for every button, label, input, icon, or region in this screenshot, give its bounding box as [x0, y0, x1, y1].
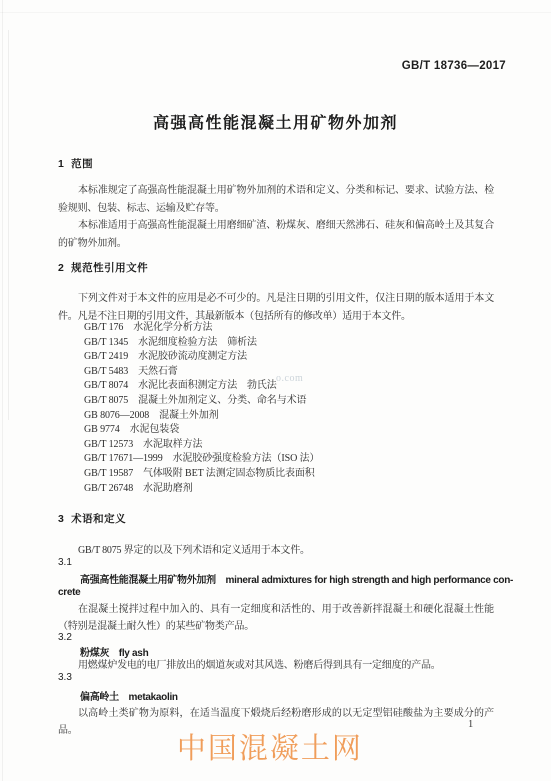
reference-item: GB/T 2419 水泥胶砂流动度测定方法: [84, 350, 514, 365]
term-title-3-3: 偏高岭土 metakaolin: [58, 688, 551, 703]
term-definition-3-2: 用燃煤炉发电的电厂排放出的烟道灰或对其风选、粉磨后得到具有一定细度的产品。: [58, 657, 494, 674]
faint-url-watermark: o.com: [276, 373, 303, 384]
reference-item: GB/T 19587 气体吸附 BET 法测定固态物质比表面积: [84, 467, 514, 482]
term-number-3-2: 3.2: [58, 632, 72, 643]
reference-item: GB 8076—2008 混凝土外加剂: [84, 409, 514, 424]
section-3-intro: GB/T 8075 界定的以及下列术语和定义适用于本文件。: [58, 542, 494, 560]
reference-item: GB/T 12573 水泥取样方法: [84, 438, 514, 453]
reference-list: GB/T 176 水泥化学分析方法 GB/T 1345 水泥细度检验方法 筛析法…: [84, 321, 514, 496]
reference-item: GB/T 1345 水泥细度检验方法 筛析法: [84, 336, 514, 351]
term-number-3-3: 3.3: [58, 672, 72, 683]
reference-item: GB/T 17671—1999 水泥胶砂强度检验方法（ISO 法）: [84, 452, 514, 467]
scan-edge-line: [0, 12, 551, 13]
document-page: GB/T 18736—2017 高强高性能混凝土用矿物外加剂 1 范围 本标准规…: [0, 0, 551, 781]
standard-code: GB/T 18736—2017: [402, 60, 506, 72]
site-watermark: 中国混凝土网: [177, 726, 363, 767]
term-title-3-1-line1: 高强高性能混凝土用矿物外加剂 mineral admixtures for hi…: [58, 571, 551, 586]
scan-edge-line: [8, 30, 9, 420]
section-2-intro: 下列文件对于本文件的应用是必不可少的。凡是注日期的引用文件，仅注日期的版本适用于…: [58, 290, 494, 325]
reference-item: GB/T 26748 水泥助磨剂: [84, 482, 514, 497]
term-title-3-1-line2: crete: [58, 587, 538, 598]
term-definition-3-1: 在混凝土搅拌过程中加入的、具有一定细度和活性的、用于改善新拌混凝土和硬化混凝土性…: [58, 601, 494, 635]
section-3-heading: 3 术语和定义: [58, 511, 494, 526]
section-2-heading: 2 规范性引用文件: [58, 260, 494, 275]
section-1-paragraph-2: 本标准适用于高强高性能混凝土用磨细矿渣、粉煤灰、磨细天然沸石、硅灰和偏高岭土及其…: [58, 217, 494, 252]
section-1-paragraph-1: 本标准规定了高强高性能混凝土用矿物外加剂的术语和定义、分类和标记、要求、试验方法…: [58, 182, 494, 217]
reference-item: GB/T 176 水泥化学分析方法: [84, 321, 514, 336]
page-number: 1: [468, 719, 473, 730]
term-number-3-1: 3.1: [58, 557, 72, 568]
reference-item: GB 9774 水泥包装袋: [84, 423, 514, 438]
document-title: 高强高性能混凝土用矿物外加剂: [0, 110, 551, 133]
section-1-heading: 1 范围: [58, 156, 494, 171]
reference-item: GB/T 8075 混凝土外加剂定义、分类、命名与术语: [84, 394, 514, 409]
